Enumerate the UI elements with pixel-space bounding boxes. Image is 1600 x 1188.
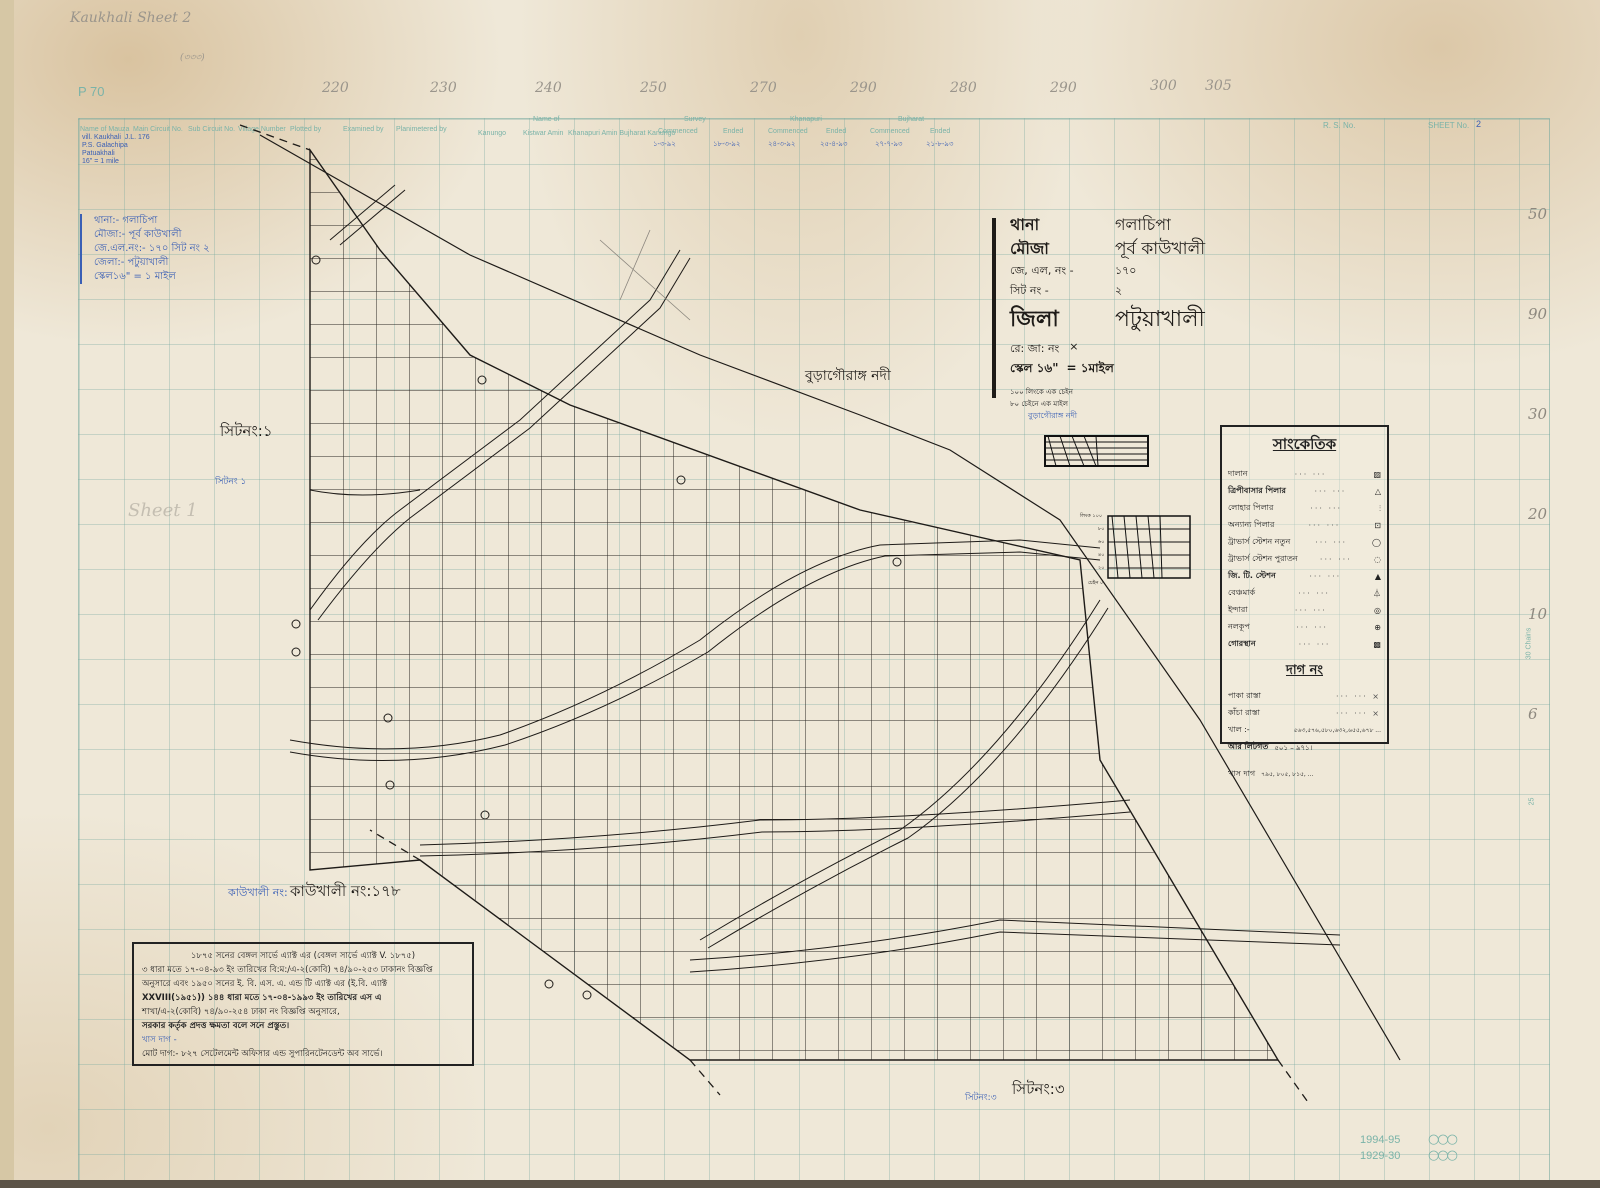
revision-circles-icon: ○○○ <box>1428 1148 1456 1163</box>
building-icon: ▨ <box>1373 470 1381 479</box>
revision-year-2: 1929-30 <box>1360 1150 1400 1162</box>
notice-line: ১৮৭৫ সনের বেঙ্গল সার্ভে এ্যাক্ট এর (বেঙ্… <box>142 949 464 963</box>
scan-edge-bottom <box>0 1180 1600 1188</box>
tubewell-icon: ⊕ <box>1374 623 1381 632</box>
legend-item: ট্রাভার্স স্টেশন পুরাতন··· ···◌ <box>1222 551 1387 568</box>
iron-pillar-icon: ⫶ <box>1379 504 1381 514</box>
scale-bottom-label: চেইন ০ <box>1088 580 1103 588</box>
dag-item: পাকা রাস্তা··· ··· × <box>1222 688 1387 705</box>
legend-item: অন্যান্য পিলার··· ···⊡ <box>1222 517 1387 534</box>
certification-notice: ১৮৭৫ সনের বেঙ্গল সার্ভে এ্যাক্ট এর (বেঙ্… <box>132 942 474 1066</box>
legend-item: ট্রাভার্স স্টেশন নতুন··· ···◯ <box>1222 534 1387 551</box>
scale-left-label: ৪০ <box>1098 552 1105 560</box>
notice-line: XXVIII(১৯৫১)) ১৪৪ ধারা মতে ১৭-০৪-১৯৯৩ ইং… <box>142 991 464 1005</box>
legend-title: সাংকেতিক <box>1222 433 1387 458</box>
legend-item: নলকূপ··· ···⊕ <box>1222 619 1387 636</box>
gt-station-icon: ▲ <box>1375 572 1381 581</box>
traverse-station-new-icon: ◯ <box>1372 538 1381 547</box>
legend-item: দালান··· ···▨ <box>1222 466 1387 483</box>
dag-item: আর লিটগত৫০১ – ৯৭১। <box>1222 739 1387 756</box>
legend-item: ইন্দারা··· ···◎ <box>1222 602 1387 619</box>
legend-item: গোরস্থান··· ···▩ <box>1222 636 1387 653</box>
scale-left-label: লিংক ১০০ <box>1080 513 1102 521</box>
revision-circles-icon: ○○○ <box>1428 1132 1456 1147</box>
legend-item: লোহার পিলার··· ···⫶ <box>1222 500 1387 517</box>
notice-line: শাখা/এ-২(কোবি) ৭৪/৯০-২৫৪ ঢাকা নং বিজ্ঞপ্… <box>142 1005 464 1019</box>
adjacent-mouza-blue: কাউখালী নং: <box>228 884 288 903</box>
legend-item: জি. টি. স্টেশন··· ···▲ <box>1222 568 1387 585</box>
adjacent-sheet-1-label: সিটনং:১ <box>220 420 273 445</box>
legend-item: ত্রিপীবাসার পিলার··· ···△ <box>1222 483 1387 500</box>
scale-left-label: ৮০ <box>1098 526 1105 534</box>
dag-title: দাগ নং <box>1222 661 1387 682</box>
map-sheet: Kaukhali Sheet 2 (৩৩৩) P 70 220 230 240 … <box>0 0 1600 1188</box>
legend-item: বেঞ্চমার্ক··· ···⏃ <box>1222 585 1387 602</box>
legend-box: সাংকেতিক দালান··· ···▨ ত্রিপীবাসার পিলার… <box>1220 425 1389 744</box>
dag-item: খাস দাগ৭৯৫, ৮০৫, ৮১৫, ... <box>1222 766 1387 783</box>
dag-item: কাঁচা রাস্তা··· ··· × <box>1222 705 1387 722</box>
other-pillar-icon: ⊡ <box>1374 521 1381 530</box>
river-label: বুড়াগৌরাঙ্গ নদী <box>805 364 891 388</box>
benchmark-icon: ⏃ <box>1373 588 1381 599</box>
dag-item: খাল :-৫৬৩,৫৭৬,৫৮০,৬৩২,৬৫৫,৬৭৮ ... <box>1222 722 1387 739</box>
adjacent-mouza-label: কাউখালী নং:১৭৮ <box>290 880 401 905</box>
pencil-sheet-1: Sheet 1 <box>128 500 198 521</box>
notice-line: মোট দাগ:- ৮২৭ সেটেলমেন্ট অফিসার এন্ড সুপ… <box>142 1047 464 1061</box>
notice-line: খাস দাগ - <box>142 1033 464 1047</box>
scale-left-label: ২০ <box>1098 565 1105 573</box>
adjacent-sheet-3-blue: সিটনং:৩ <box>965 1090 997 1105</box>
adjacent-sheet-3-label: সিটনং:৩ <box>1012 1078 1065 1103</box>
well-icon: ◎ <box>1374 606 1381 615</box>
traverse-station-old-icon: ◌ <box>1374 555 1381 564</box>
notice-line: সরকার কর্তৃক প্রদত্ত ক্ষমতা বলে সনে প্রস… <box>142 1019 464 1033</box>
notice-line: অনুসারে এবং ১৯৫০ সনের ই. বি. এস. এ. এন্ড… <box>142 977 464 991</box>
notice-line: ৩ ধারা মতে ১৭-০৪-৯৩ ইং তারিখের বি:ম:/এ-২… <box>142 963 464 977</box>
triangulation-pillar-icon: △ <box>1375 487 1381 496</box>
graveyard-icon: ▩ <box>1373 640 1381 649</box>
scale-left-label: ৬০ <box>1098 539 1105 547</box>
revision-year-1: 1994-95 <box>1360 1134 1400 1146</box>
adjacent-sheet-1-blue: সিটনং ১ <box>215 474 246 489</box>
